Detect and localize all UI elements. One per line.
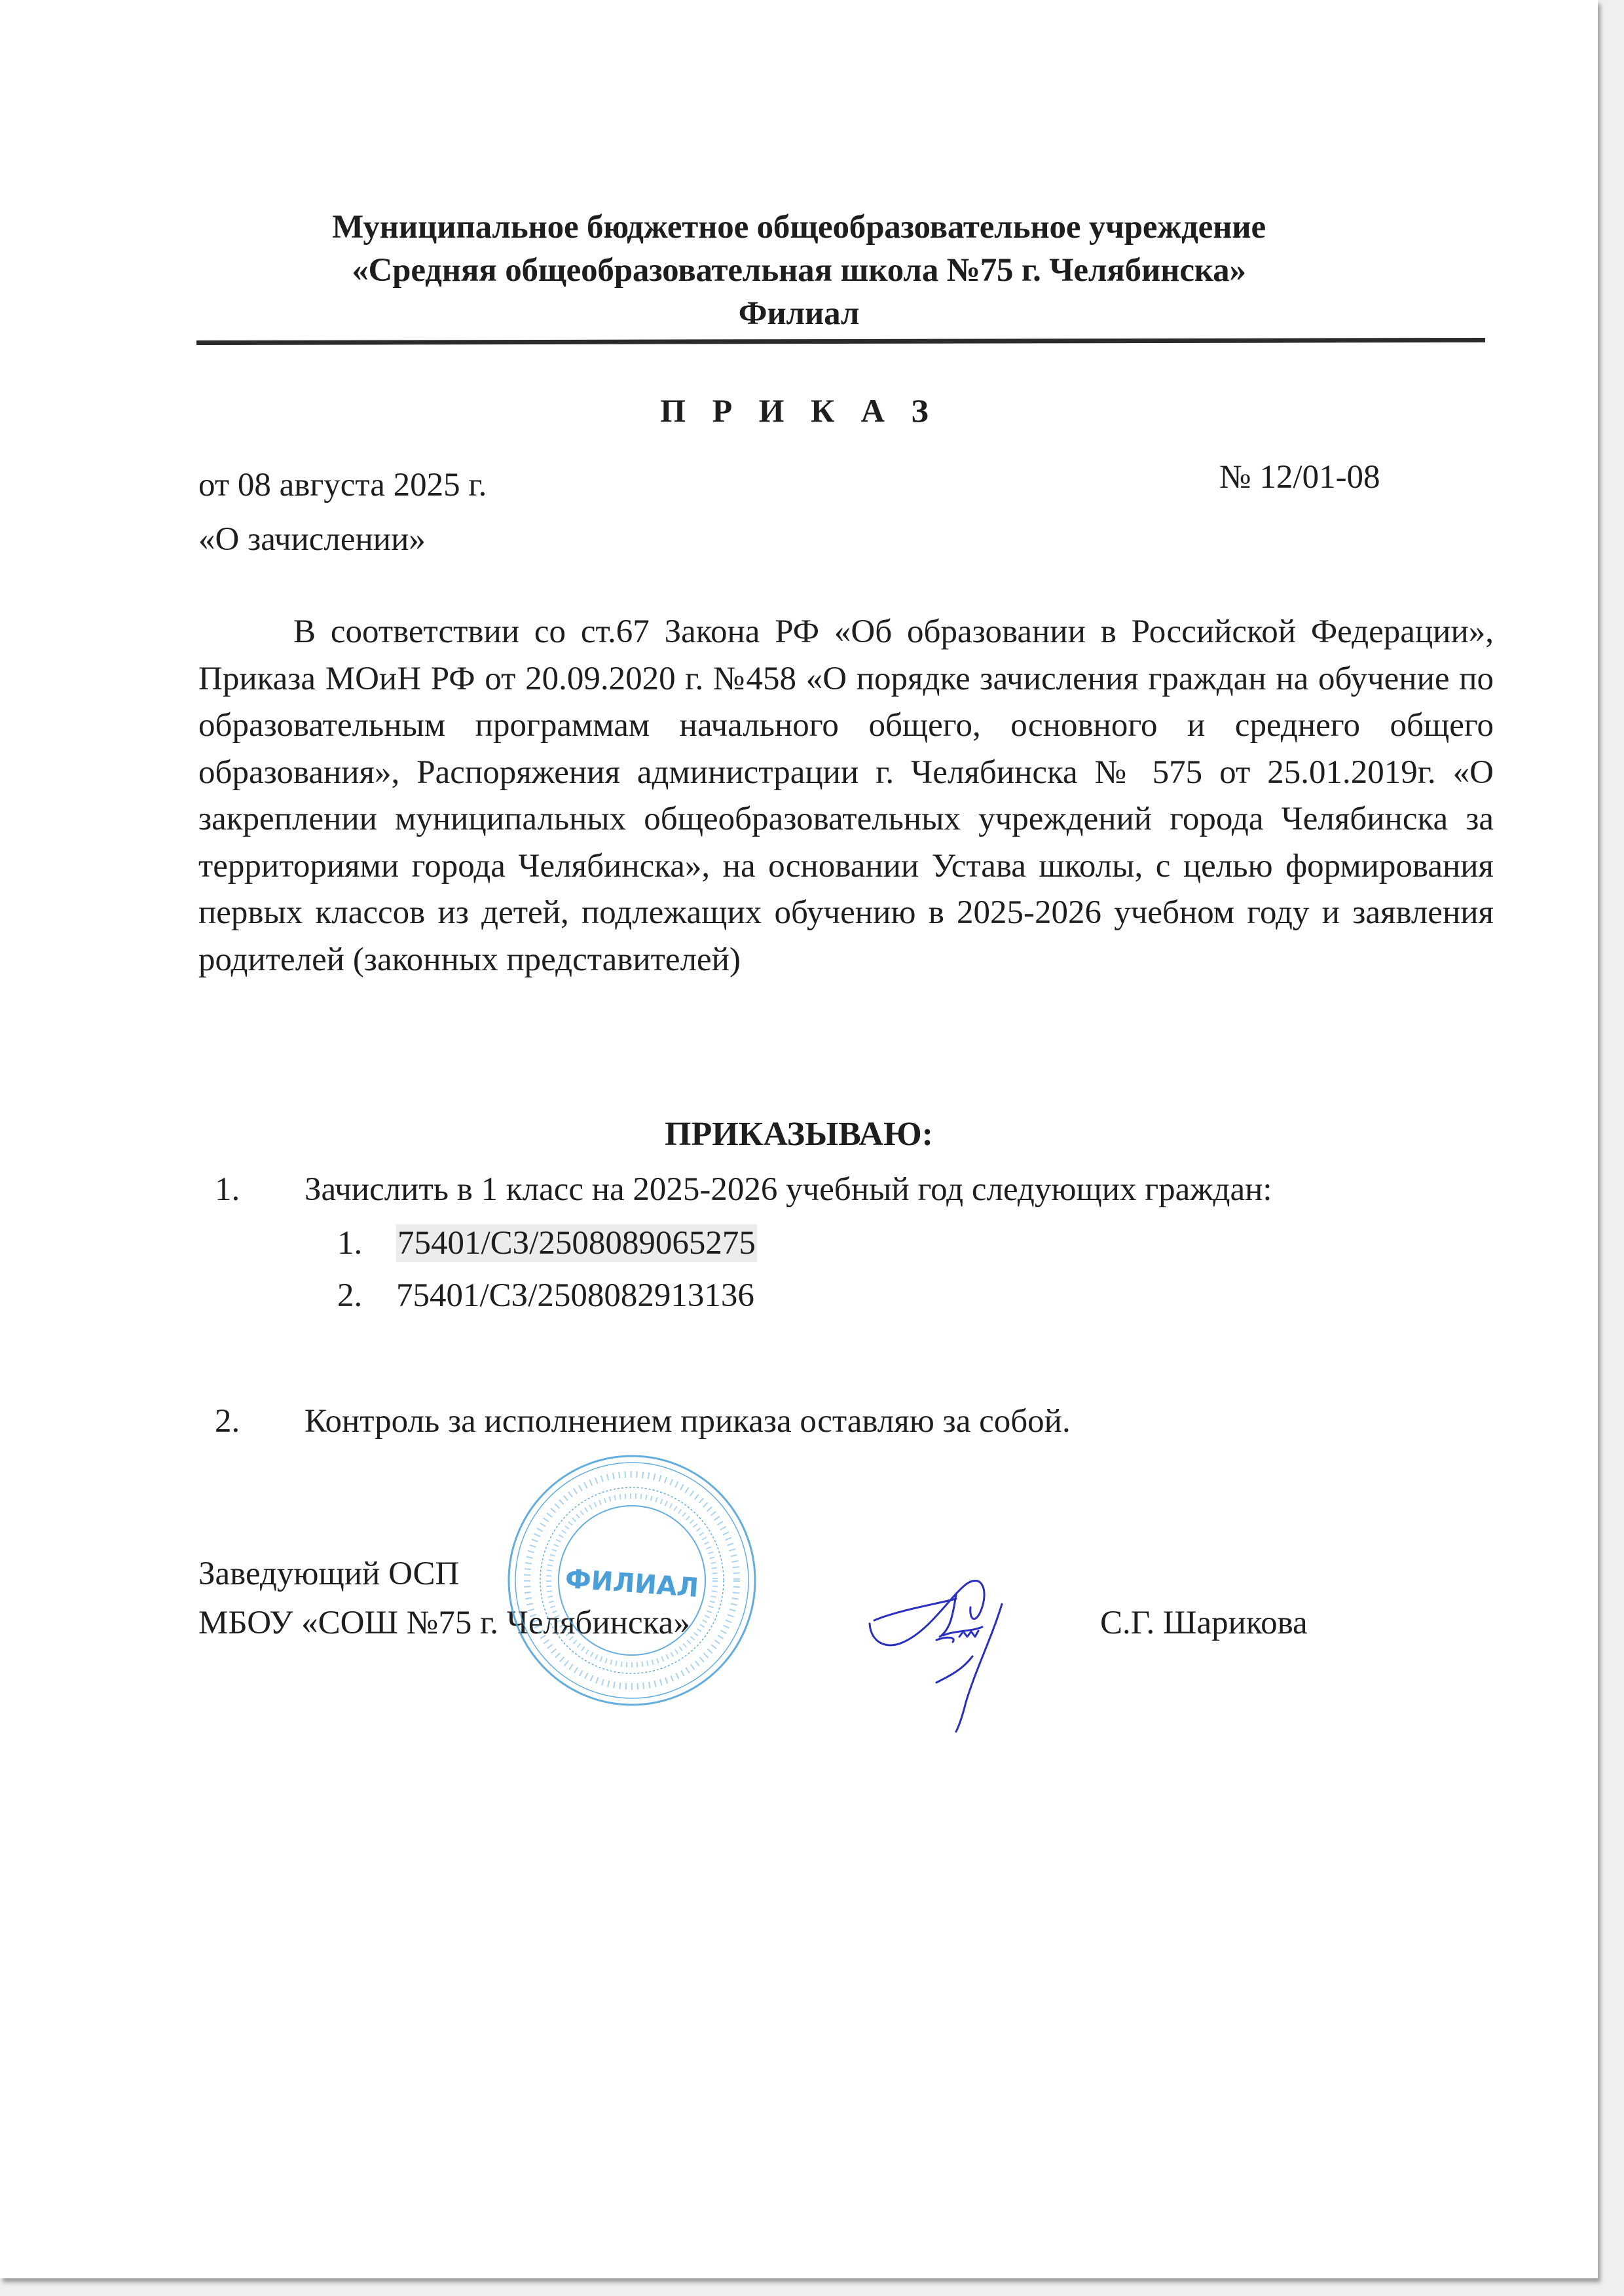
handwritten-signature-icon <box>858 1558 1074 1735</box>
header-divider <box>196 338 1485 345</box>
signer-position-line1: Заведующий ОСП <box>198 1555 459 1593</box>
official-stamp-icon: ФИЛИАЛ <box>504 1452 760 1709</box>
org-name-line2: «Средняя общеобразовательная школа №75 г… <box>0 251 1598 289</box>
preamble-paragraph: В соответствии со ст.67 Закона РФ «Об об… <box>198 609 1494 983</box>
order-item-number: 1. <box>215 1171 240 1209</box>
decree-heading: ПРИКАЗЫВАЮ: <box>0 1115 1598 1154</box>
signer-name: С.Г. Шарикова <box>1100 1604 1308 1642</box>
stamp-center-text: ФИЛИАЛ <box>564 1564 700 1603</box>
order-item-text: Контроль за исполнением приказа оставляю… <box>304 1402 1071 1440</box>
document-title: П Р И К А З <box>0 392 1598 429</box>
enrollee-number: 1. <box>337 1224 362 1262</box>
document-subject: «О зачислении» <box>198 520 426 558</box>
order-item-text: Зачислить в 1 класс на 2025-2026 учебный… <box>304 1171 1272 1209</box>
document-number: № 12/01-08 <box>1219 458 1380 496</box>
order-item-number: 2. <box>215 1402 240 1440</box>
org-name-line1: Муниципальное бюджетное общеобразователь… <box>0 208 1598 246</box>
org-branch: Филиал <box>0 295 1598 333</box>
enrollee-application-id: 75401/СЗ/2508089065275 <box>396 1224 757 1262</box>
document-date: от 08 августа 2025 г. <box>198 466 487 504</box>
document-page: Муниципальное бюджетное общеобразователь… <box>0 0 1598 2278</box>
enrollee-application-id: 75401/СЗ/2508082913136 <box>396 1277 754 1315</box>
enrollee-number: 2. <box>337 1277 362 1315</box>
